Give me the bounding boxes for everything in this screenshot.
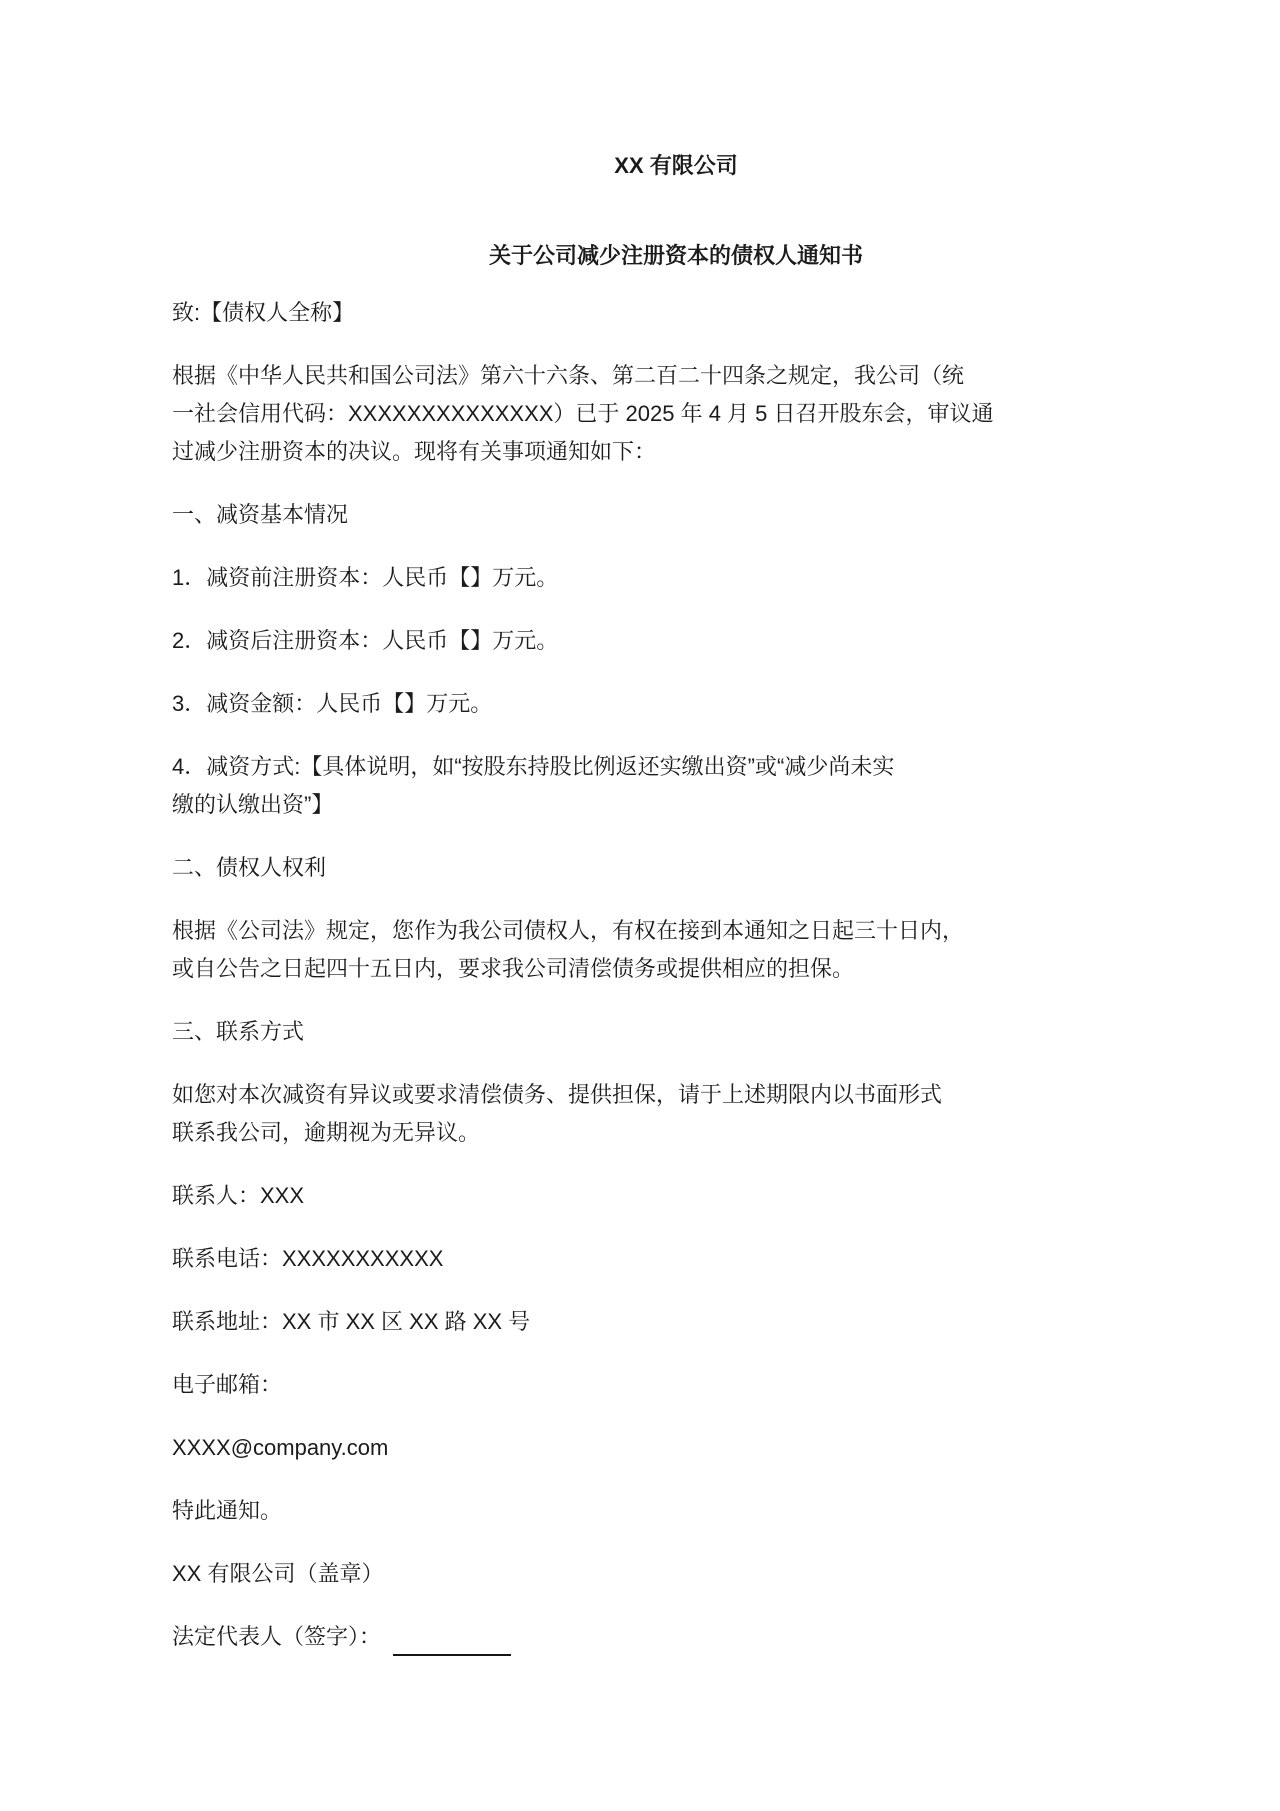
closing-note: 特此通知。 (172, 1492, 1180, 1530)
section-1-item-3: 3．减资金额：人民币【】万元。 (172, 685, 1180, 723)
signature-label: 法定代表人（签字）： (172, 1618, 381, 1656)
section-2-line-2: 或自公告之日起四十五日内，要求我公司清偿债务或提供相应的担保。 (172, 950, 1180, 988)
section-1-item-2: 2．减资后注册资本：人民币【】万元。 (172, 622, 1180, 660)
contact-person: 联系人：XXX (172, 1177, 1180, 1215)
document-title: 关于公司减少注册资本的债权人通知书 (172, 240, 1180, 272)
company-seal-line: XX 有限公司（盖章） (172, 1555, 1180, 1593)
contact-address: 联系地址：XX 市 XX 区 XX 路 XX 号 (172, 1303, 1180, 1341)
section-1-item-4: 4．减资方式:【具体说明，如“按股东持股比例返还实缴出资”或“减少尚未实 缴的认… (172, 748, 1180, 824)
document-page: XX 有限公司 关于公司减少注册资本的债权人通知书 致:【债权人全称】 根据《中… (0, 0, 1280, 1811)
section-3-heading: 三、联系方式 (172, 1013, 1180, 1051)
section-3-paragraph: 如您对本次减资有异议或要求清偿债务、提供担保，请于上述期限内以书面形式 联系我公… (172, 1076, 1180, 1152)
signature-line: 法定代表人（签字）： (172, 1618, 1180, 1656)
intro-line-3: 过减少注册资本的决议。现将有关事项通知如下： (172, 433, 1180, 471)
section-1-heading: 一、减资基本情况 (172, 496, 1180, 534)
section-3-line-2: 联系我公司，逾期视为无异议。 (172, 1114, 1180, 1152)
item-4-line-2: 缴的认缴出资”】 (172, 786, 1180, 824)
section-2-heading: 二、债权人权利 (172, 849, 1180, 887)
section-2-line-1: 根据《公司法》规定，您作为我公司债权人，有权在接到本通知之日起三十日内， (172, 912, 1180, 950)
salutation: 致:【债权人全称】 (172, 294, 1180, 332)
signature-blank (393, 1630, 511, 1656)
section-3-line-1: 如您对本次减资有异议或要求清偿债务、提供担保，请于上述期限内以书面形式 (172, 1076, 1180, 1114)
intro-line-2: 一社会信用代码：XXXXXXXXXXXXXX）已于 2025 年 4 月 5 日… (172, 395, 1180, 433)
section-1-item-1: 1．减资前注册资本：人民币【】万元。 (172, 559, 1180, 597)
item-4-line-1: 4．减资方式:【具体说明，如“按股东持股比例返还实缴出资”或“减少尚未实 (172, 748, 1180, 786)
contact-email-address: XXXX@company.com (172, 1429, 1180, 1467)
contact-phone: 联系电话：XXXXXXXXXXX (172, 1240, 1180, 1278)
intro-line-1: 根据《中华人民共和国公司法》第六十六条、第二百二十四条之规定，我公司（统 (172, 357, 1180, 395)
intro-paragraph: 根据《中华人民共和国公司法》第六十六条、第二百二十四条之规定，我公司（统 一社会… (172, 357, 1180, 471)
section-2-paragraph: 根据《公司法》规定，您作为我公司债权人，有权在接到本通知之日起三十日内， 或自公… (172, 912, 1180, 988)
contact-email-label: 电子邮箱： (172, 1366, 1180, 1404)
company-name-title: XX 有限公司 (172, 150, 1180, 182)
